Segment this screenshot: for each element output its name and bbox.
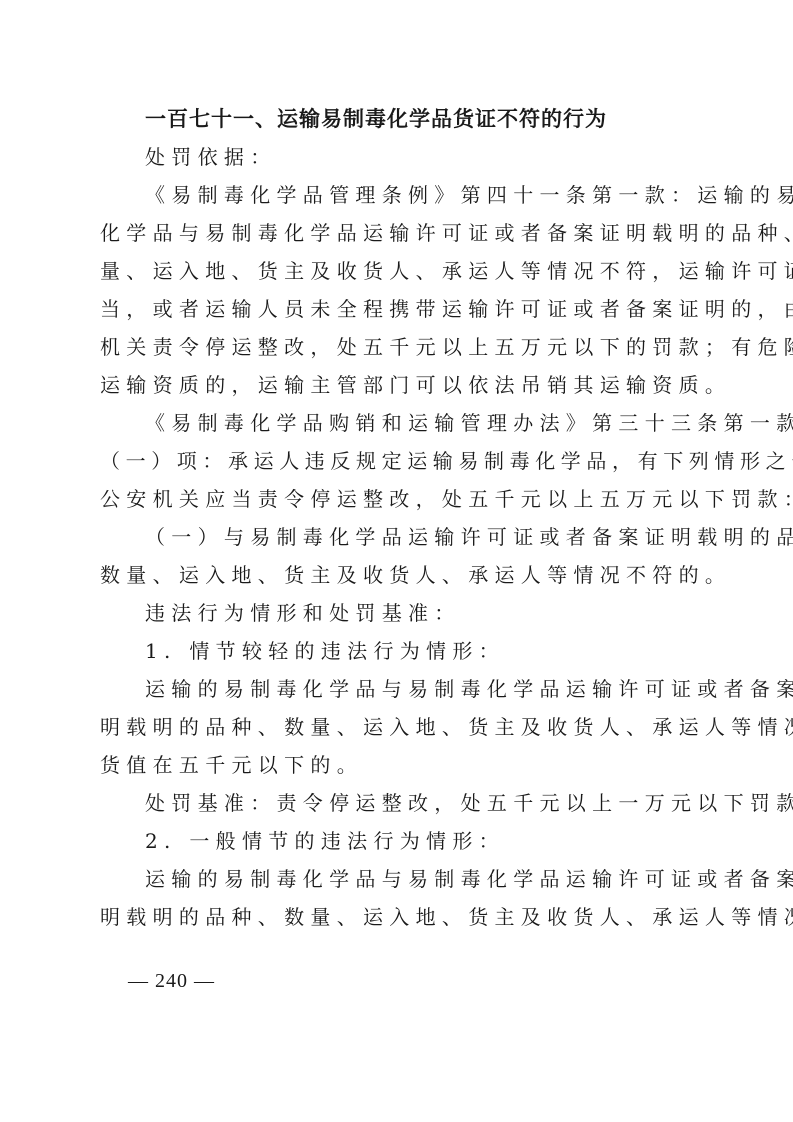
minor-case-heading: 1. 情节较轻的违法行为情形： bbox=[100, 632, 692, 670]
penalty-basis-heading: 处罚依据： bbox=[100, 138, 692, 176]
regulation-paragraph-line: 当，或者运输人员未全程携带运输许可证或者备案证明的，由公安 bbox=[100, 290, 692, 328]
measures-paragraph-line: 《易制毒化学品购销和运输管理办法》第三十三条第一款第 bbox=[100, 404, 692, 442]
regulation-paragraph-line: 运输资质的，运输主管部门可以依法吊销其运输资质。 bbox=[100, 366, 692, 404]
regulation-paragraph-line: 化学品与易制毒化学品运输许可证或者备案证明载明的品种、数 bbox=[100, 214, 692, 252]
general-case-heading: 2. 一般情节的违法行为情形： bbox=[100, 822, 692, 860]
document-page: 一百七十一、运输易制毒化学品货证不符的行为 处罚依据： 《易制毒化学品管理条例》… bbox=[100, 100, 692, 936]
minor-case-line: 明载明的品种、数量、运入地、货主及收货人、承运人等情况不符， bbox=[100, 708, 692, 746]
measures-item-line: （一）与易制毒化学品运输许可证或者备案证明载明的品种、 bbox=[100, 518, 692, 556]
minor-case-penalty: 处罚基准：责令停运整改，处五千元以上一万元以下罚款。 bbox=[100, 784, 692, 822]
measures-paragraph-line: 公安机关应当责令停运整改，处五千元以上五万元以下罚款： bbox=[100, 480, 692, 518]
regulation-paragraph-line: 机关责令停运整改，处五千元以上五万元以下的罚款；有危险物品 bbox=[100, 328, 692, 366]
section-title: 一百七十一、运输易制毒化学品货证不符的行为 bbox=[100, 100, 692, 138]
measures-paragraph-line: （一）项：承运人违反规定运输易制毒化学品，有下列情形之一的， bbox=[100, 442, 692, 480]
violation-criteria-heading: 违法行为情形和处罚基准： bbox=[100, 594, 692, 632]
minor-case-line: 货值在五千元以下的。 bbox=[100, 746, 692, 784]
minor-case-line: 运输的易制毒化学品与易制毒化学品运输许可证或者备案证 bbox=[100, 670, 692, 708]
general-case-line: 明载明的品种、数量、运入地、货主及收货人、承运人等情况不符， bbox=[100, 898, 692, 936]
general-case-line: 运输的易制毒化学品与易制毒化学品运输许可证或者备案证 bbox=[100, 860, 692, 898]
page-number: — 240 — bbox=[128, 970, 215, 993]
regulation-paragraph-line: 量、运入地、货主及收货人、承运人等情况不符，运输许可证种类不 bbox=[100, 252, 692, 290]
measures-item-line: 数量、运入地、货主及收货人、承运人等情况不符的。 bbox=[100, 556, 692, 594]
regulation-paragraph-line: 《易制毒化学品管理条例》第四十一条第一款：运输的易制毒 bbox=[100, 176, 692, 214]
